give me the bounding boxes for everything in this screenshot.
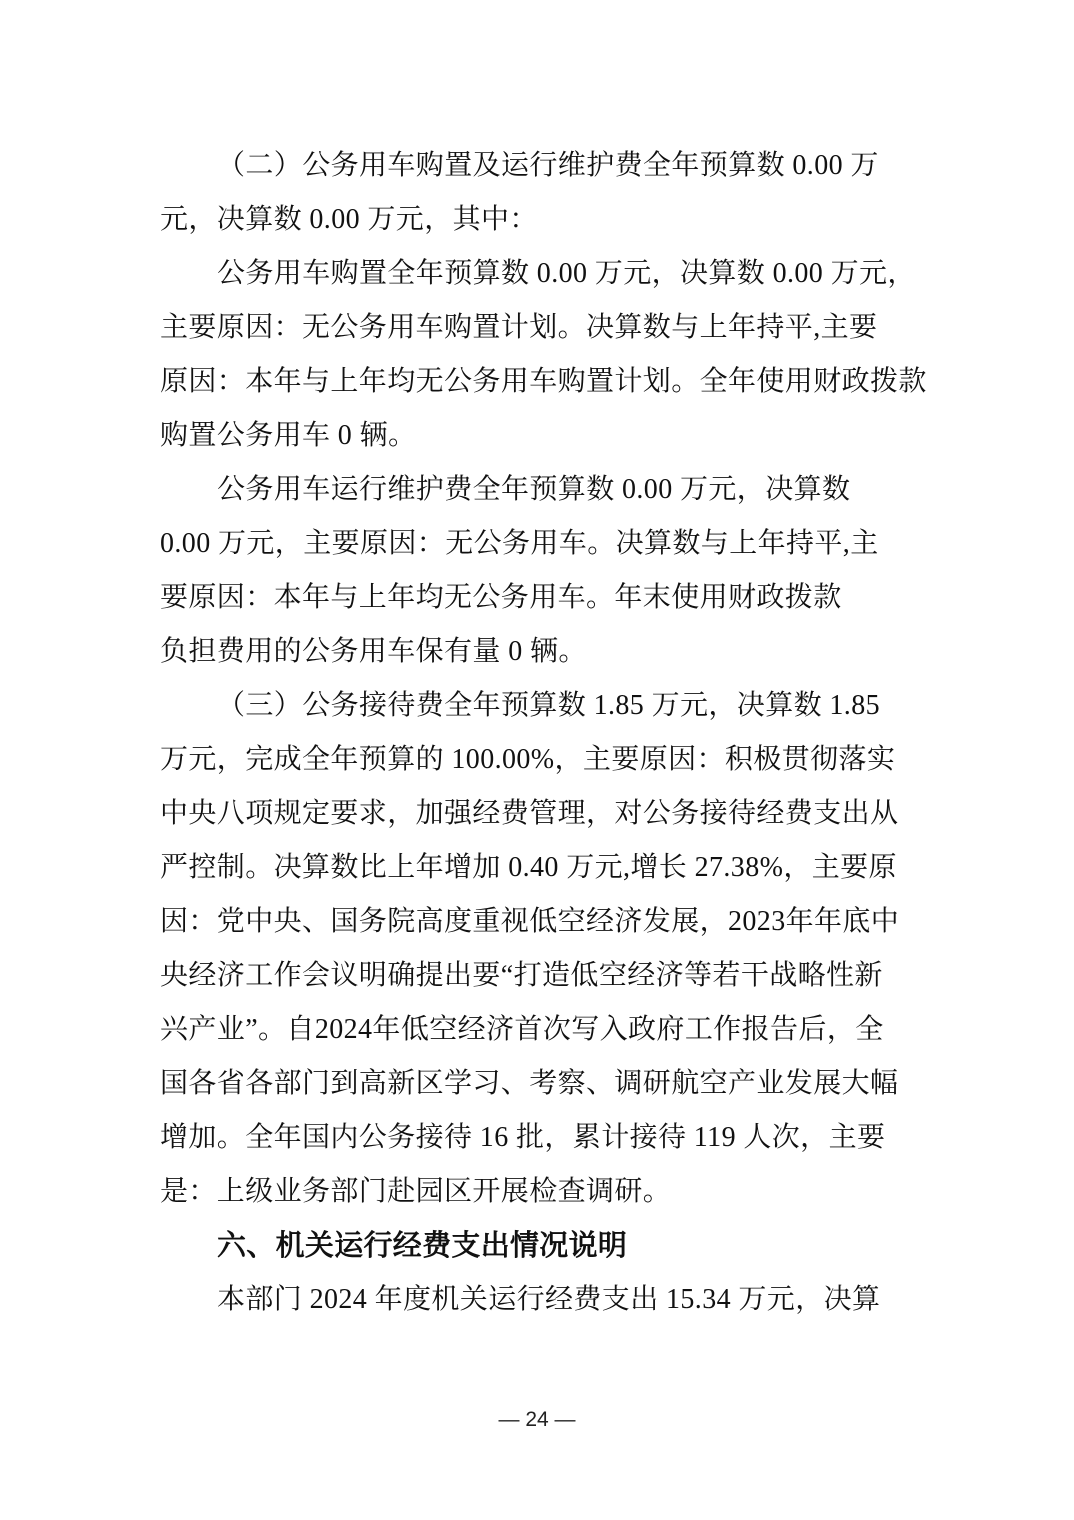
text-line: 央经济工作会议明确提出要“打造低空经济等若干战略性新 (160, 949, 930, 1003)
section-heading: 六、机关运行经费支出情况说明 (160, 1219, 930, 1273)
document-body: （二）公务用车购置及运行维护费全年预算数 0.00 万元，决算数 0.00 万元… (160, 139, 930, 1327)
page-number: — 24 — (498, 1408, 575, 1431)
text-line: 中央八项规定要求，加强经费管理，对公务接待经费支出从 (160, 787, 930, 841)
text-line: （二）公务用车购置及运行维护费全年预算数 0.00 万 (160, 139, 930, 193)
text-line: 兴产业”。自2024年低空经济首次写入政府工作报告后，全 (160, 1003, 930, 1057)
text-line: 负担费用的公务用车保有量 0 辆。 (160, 625, 930, 679)
text-line: 0.00 万元，主要原因：无公务用车。决算数与上年持平,主 (160, 517, 930, 571)
document-page: （二）公务用车购置及运行维护费全年预算数 0.00 万元，决算数 0.00 万元… (0, 0, 1074, 1520)
text-line: 因：党中央、国务院高度重视低空经济发展，2023年年底中 (160, 895, 930, 949)
text-line: 是：上级业务部门赴园区开展检查调研。 (160, 1165, 930, 1219)
text-line: 公务用车购置全年预算数 0.00 万元，决算数 0.00 万元， (160, 247, 930, 301)
text-line: 严控制。决算数比上年增加 0.40 万元,增长 27.38%，主要原 (160, 841, 930, 895)
text-line: 主要原因：无公务用车购置计划。决算数与上年持平,主要 (160, 301, 930, 355)
page-footer: — 24 — (0, 1405, 1074, 1435)
text-line: 要原因：本年与上年均无公务用车。年末使用财政拨款 (160, 571, 930, 625)
text-line: 元，决算数 0.00 万元，其中： (160, 193, 930, 247)
text-line: 万元，完成全年预算的 100.00%，主要原因：积极贯彻落实 (160, 733, 930, 787)
text-line: 原因：本年与上年均无公务用车购置计划。全年使用财政拨款 (160, 355, 930, 409)
text-line: 国各省各部门到高新区学习、考察、调研航空产业发展大幅 (160, 1057, 930, 1111)
text-line: 购置公务用车 0 辆。 (160, 409, 930, 463)
text-line: 公务用车运行维护费全年预算数 0.00 万元，决算数 (160, 463, 930, 517)
text-line: 本部门 2024 年度机关运行经费支出 15.34 万元，决算 (160, 1273, 930, 1327)
text-line: 增加。全年国内公务接待 16 批，累计接待 119 人次，主要 (160, 1111, 930, 1165)
text-line: （三）公务接待费全年预算数 1.85 万元，决算数 1.85 (160, 679, 930, 733)
